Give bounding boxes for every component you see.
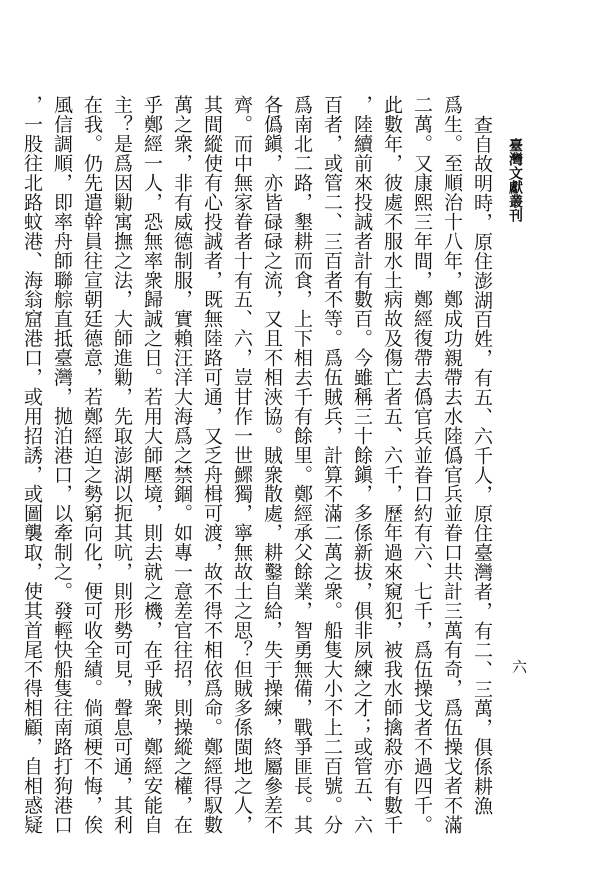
text-column: 爲生。至順治十八年，鄭成功親帶去水陸僞官兵並眷口共計三萬有奇，爲伍操戈者不滿 [437, 95, 467, 825]
text-column: ，一股往北路蚊港、海翁窟港口，或用招誘，或圖襲取，使其首尾不得相顧，自相惑疑 [17, 95, 47, 825]
text-column: 查自故明時，原住澎湖百姓，有五、六千人，原住臺灣者，有二、三萬，俱係耕漁 [467, 95, 497, 825]
text-column: 萬之衆，非有威德制服，實賴汪洋大海爲之禁錮。如專一意差官往招，則操縱之權，在 [167, 95, 197, 825]
page-number: 六 [512, 660, 527, 675]
text-column: 各僞鎭，亦皆碌碌之流，又且不相浹協。賊衆散處，耕鑿自給，失于操練，終屬參差不 [257, 95, 287, 825]
text-column: 其間縱使有心投誠者，既無陸路可通，又乏舟楫可渡，故不得不相依爲命。鄭經得馭數 [197, 95, 227, 825]
text-column: ，陸續前來投誠者計有數百。今雖稱三十餘鎭，多係新拔，俱非夙練之才；或管五、六 [347, 95, 377, 825]
text-column: 爲南北二路，墾耕而食，上下相去千有餘里。鄭經承父餘業，智勇無備，戰爭匪長。其 [287, 95, 317, 825]
document-page: 臺灣文獻叢刊 六 查自故明時，原住澎湖百姓，有五、六千人，原住臺灣者，有二、三萬… [0, 0, 600, 881]
text-column: 齊。而中無家眷者十有五、六，豈甘作一世鰥獨，寧無故土之思？但賊多係閩地之人， [227, 95, 257, 825]
text-column: 風信調順，即率舟師聯䑸直抵臺灣，拋泊港口，以牽制之。發輕快船隻往南路打狗港口 [47, 95, 77, 825]
series-title: 臺灣文獻叢刊 [508, 138, 522, 222]
text-column: 百者，或管二、三百者不等。爲伍賊兵，計算不滿二萬之衆。船隻大小不上二百號。分 [317, 95, 347, 825]
text-column: 乎鄭經一人，恐無率衆歸誠之日。若用大師壓境，則去就之機，在乎賊衆，鄭經安能自 [137, 95, 167, 825]
text-column: 二萬。又康熙三年間，鄭經復帶去僞官兵並眷口約有六、七千，爲伍操戈者不過四千。 [407, 95, 437, 825]
text-column: 在我。仍先遣幹員往宣朝廷德意，若鄭經迫之勢窮向化，便可收全績。倘頑梗不悔，俟 [77, 95, 107, 825]
text-column: 主？是爲因勦寓撫之法，大師進勦，先取澎湖以扼其吭，則形勢可見，聲息可通，其利 [107, 95, 137, 825]
body-text: 查自故明時，原住澎湖百姓，有五、六千人，原住臺灣者，有二、三萬，俱係耕漁 爲生。… [17, 95, 497, 825]
text-column: 此數年，彼處不服水土病故及傷亡者五、六千，歷年過來窺犯，被我水師擒殺亦有數千 [377, 95, 407, 825]
